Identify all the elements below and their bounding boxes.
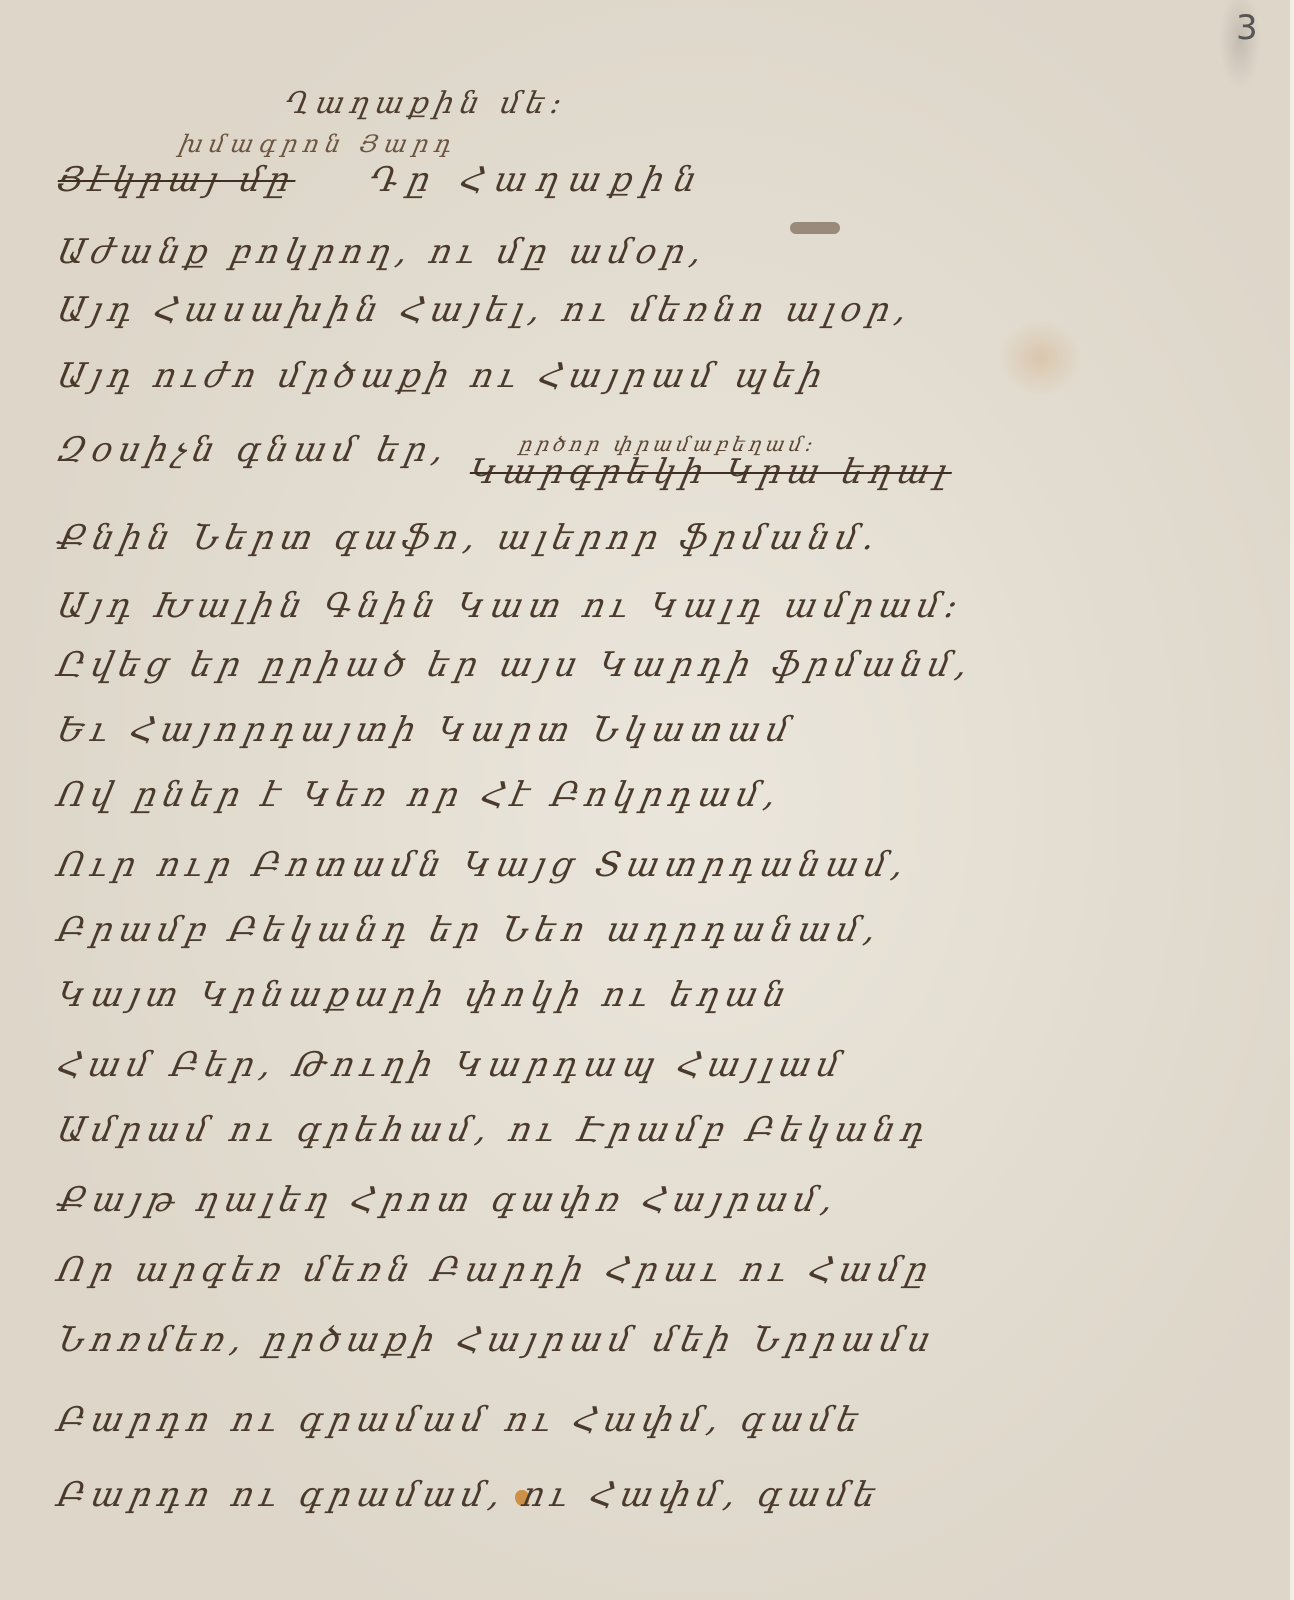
manuscript-line-10: Ով ըներ է Կեռ որ Հէ Բոկրդամ, xyxy=(54,775,786,815)
manuscript-line-18: Նոռմեռ, ըրծաքի Հայրամ մեի Նրրամս xyxy=(54,1320,940,1360)
manuscript-line-7: Այդ Խալին Գնին Կատ ու Կալդ ամրամ։ xyxy=(54,586,967,626)
manuscript-line-3: Այդ Հասախին Հայել, ու մեռնո ալօր, xyxy=(54,290,917,330)
manuscript-line-13: Կայտ Կրնաքարի փոկի ու եղան xyxy=(54,975,796,1015)
manuscript-line-11: Ուր ուր Բոտամն Կայց Տատրդանամ, xyxy=(54,845,914,885)
manuscript-line-15: Ամրամ ու գրեհամ, ու Էրամբ Բեկանդ xyxy=(54,1110,935,1150)
manuscript-title: Ղաղաքին մե։ xyxy=(281,86,571,121)
page-number: 3 xyxy=(1236,8,1258,48)
manuscript-line-12: Բրամբ Բեկանդ եր Նեո ադրդանամ, xyxy=(54,910,886,950)
manuscript-line-16: Քայթ ղալեղ Հրոտ գափռ Հայրամ, xyxy=(54,1180,843,1220)
ink-blot xyxy=(790,222,840,234)
manuscript-line-17: Որ արգեռ մեռն Բարդի Հրաւ ու Համը xyxy=(54,1250,938,1290)
paper-edge xyxy=(1290,0,1294,1600)
manuscript-line-1-rest: Դը Հաղաքին xyxy=(366,160,710,200)
manuscript-line-4: Այդ ուժո մրծաքի ու Հայրամ պեի xyxy=(54,356,832,396)
manuscript-line-19: Բարդո ու գրամամ ու Հափմ, գամե xyxy=(54,1400,869,1440)
manuscript-line-5: Զօսիչն գնամ եր, xyxy=(54,430,454,470)
manuscript-line-2: Աժանք բոկրող, ու մը ամօր, xyxy=(54,232,712,272)
manuscript-line-9: Եւ Հայորդայտի Կարտ Նկատամ xyxy=(54,710,799,750)
struck-phrase: Կարգրեկի Կրա եղալ xyxy=(466,452,956,492)
manuscript-line-1: Յէկրայ մը xyxy=(54,160,300,200)
manuscript-line-14: Համ Բեր, Թուղի Կարդապ Հայլամ xyxy=(54,1045,850,1085)
manuscript-line-20: Բարդո ու գրամամ, ու Հափմ, գամե xyxy=(54,1475,886,1515)
struck-word: Յէկրայ մը xyxy=(54,160,300,200)
manuscript-line-8: Ըվեց եր ըրիած եր այս Կարդի ֆրմանմ, xyxy=(54,645,978,685)
title-insertion: խմագրոն Յարդ xyxy=(177,130,460,158)
manuscript-line-6: Քնին Ներտ գաֆո, ալերոր ֆրմանմ. xyxy=(54,518,885,558)
